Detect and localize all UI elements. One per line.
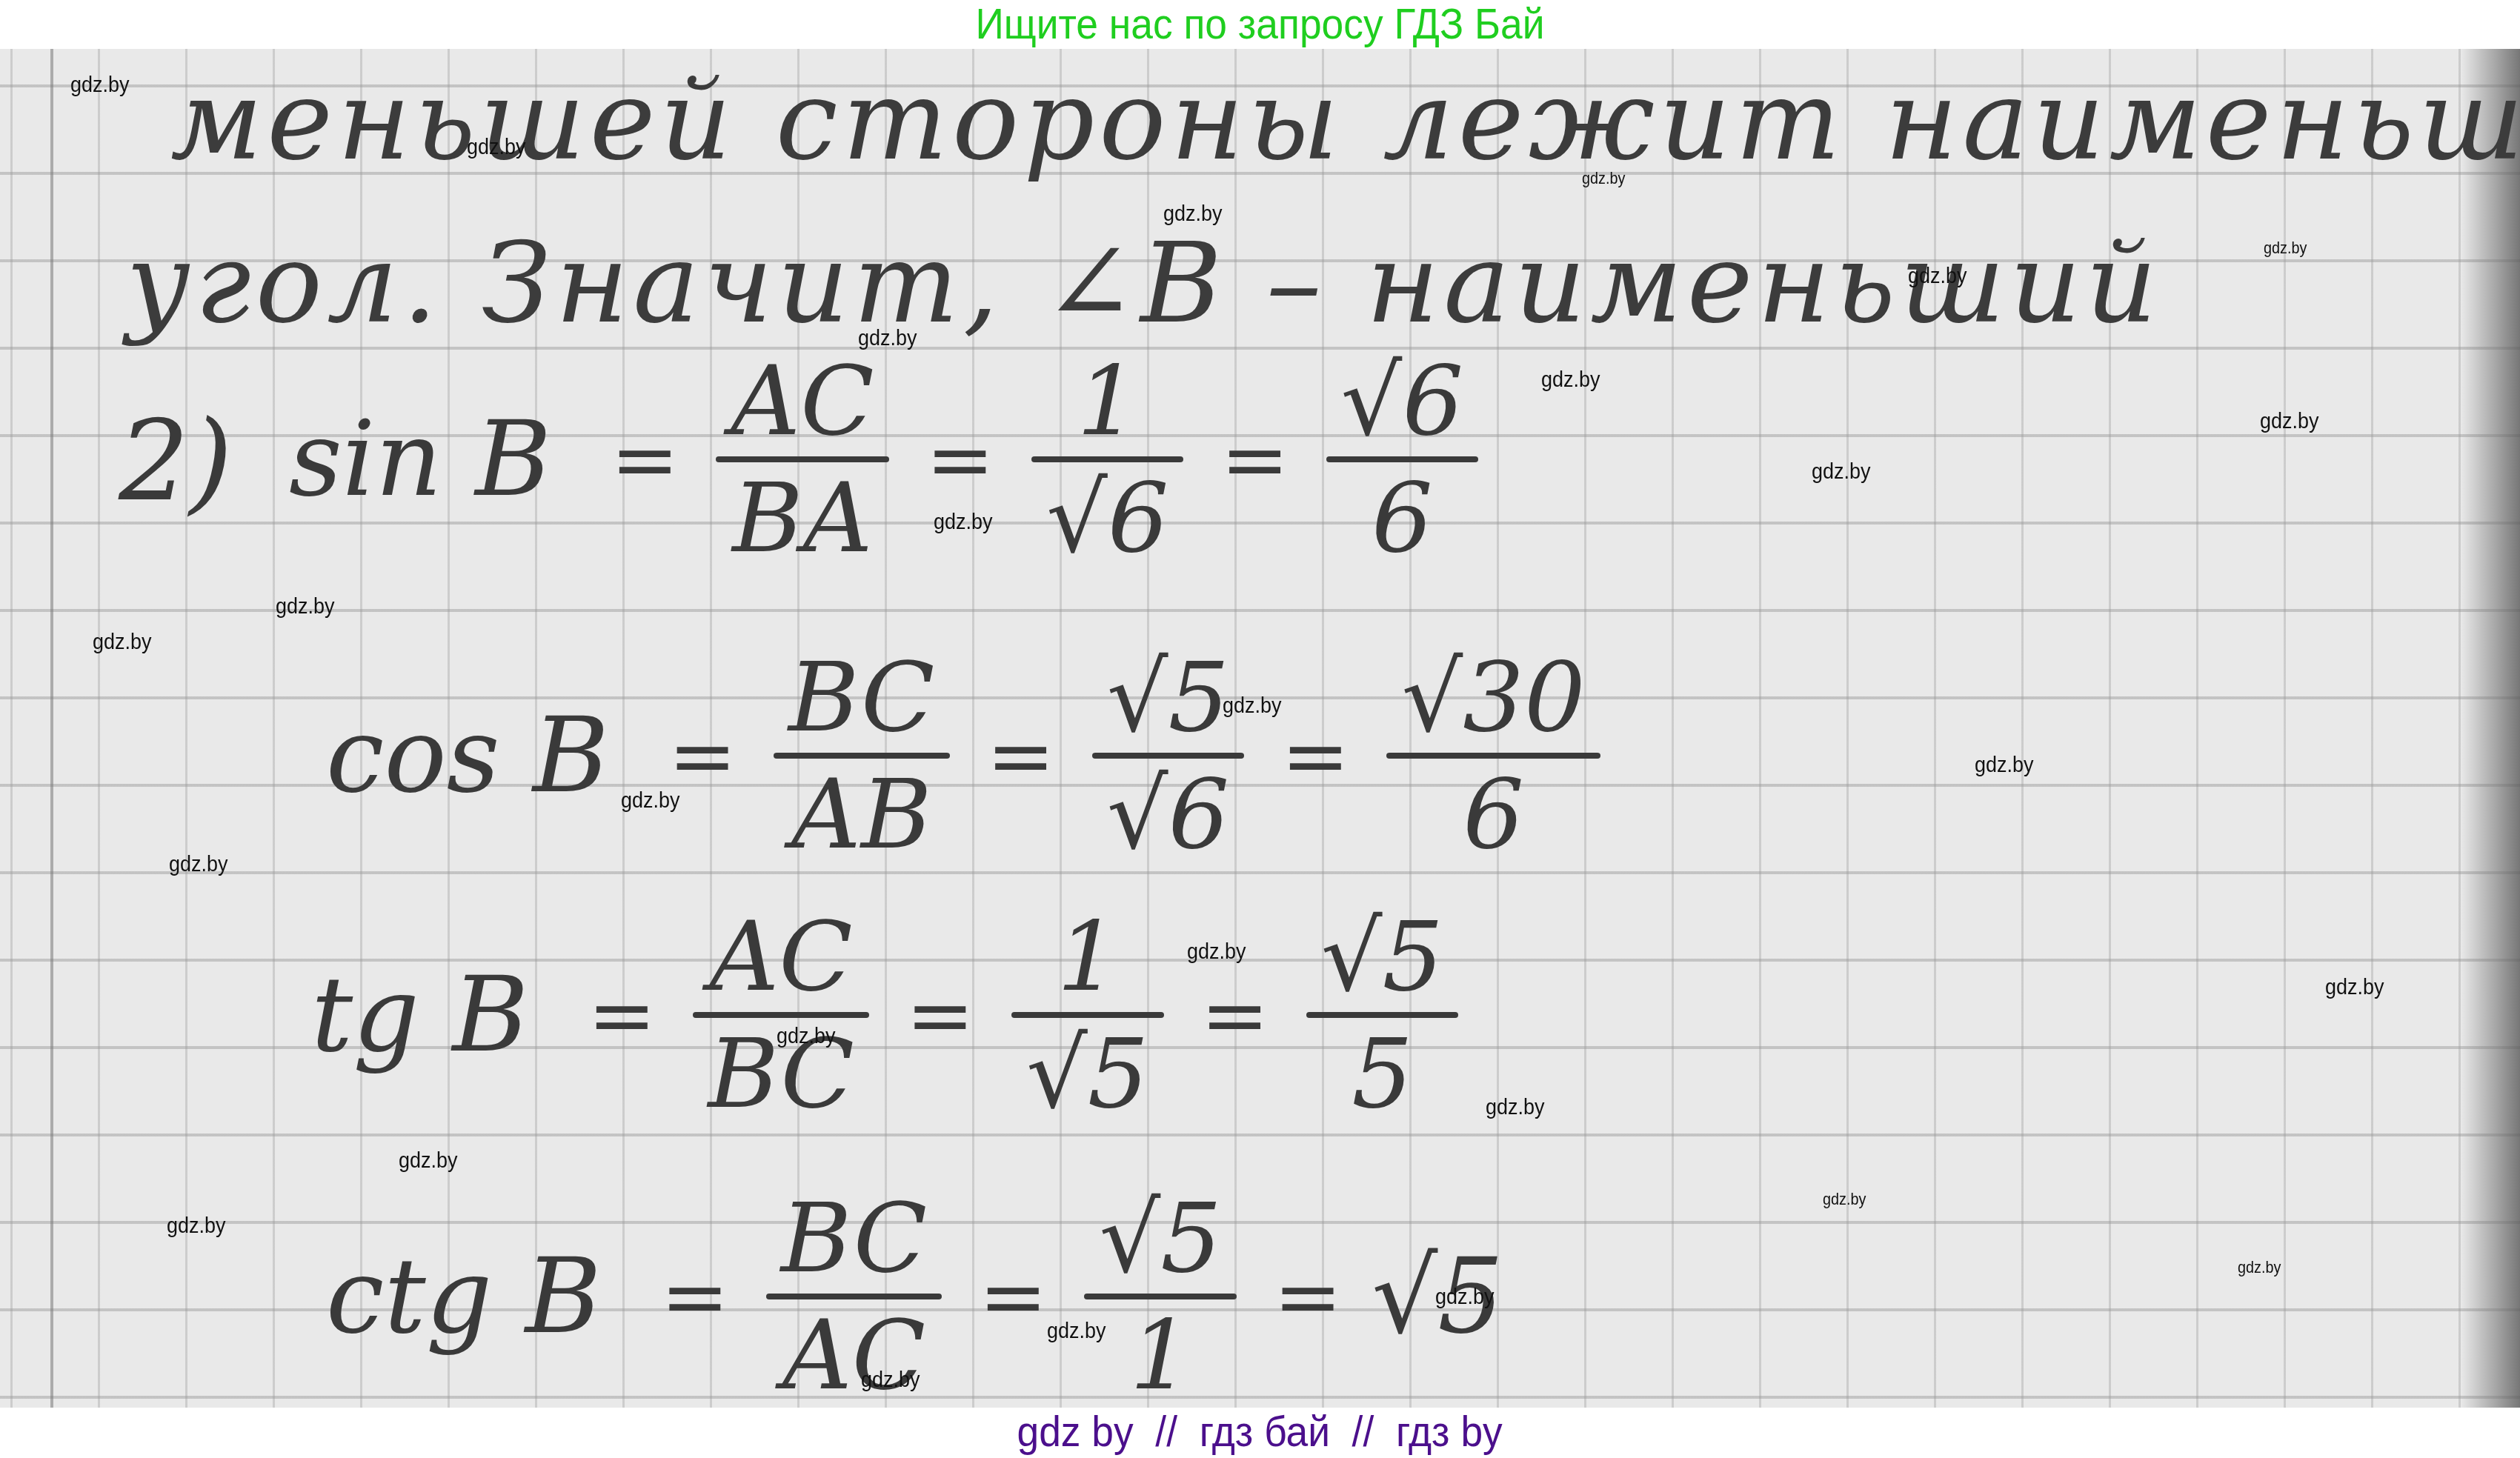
denominator: √6	[1031, 462, 1184, 573]
equals-sign: =	[661, 1249, 729, 1344]
numerator: √6	[1326, 345, 1479, 456]
watermark: gdz.by	[1163, 202, 1223, 227]
equation-label: cos B	[326, 696, 609, 816]
equation-tg: tg B = AC BC = 1 √5 = √5 5	[311, 901, 1466, 1129]
denominator: 1	[1115, 1299, 1206, 1408]
watermark: gdz.by	[399, 1148, 458, 1174]
fraction: √5 5	[1306, 901, 1459, 1129]
numerator: √5	[1306, 901, 1459, 1012]
equation-ctg: ctg B = BC AC = √5 1 = √5	[326, 1182, 1533, 1408]
bottom-banner-text: gdz by // гдз бай // гдз by	[1017, 1408, 1503, 1457]
denominator: √5	[1011, 1018, 1164, 1129]
watermark: gdz.by	[1908, 264, 1967, 289]
denominator: 5	[1337, 1018, 1428, 1129]
watermark: gdz.by	[1582, 169, 1625, 188]
fraction: √5 √6	[1092, 642, 1245, 870]
bottom-banner: gdz by // гдз бай // гдз by	[0, 1408, 2520, 1458]
equation-label: ctg B	[326, 1236, 602, 1357]
fraction: √6 6	[1326, 345, 1479, 573]
denominator: BA	[717, 462, 887, 573]
watermark: gdz.by	[621, 788, 680, 813]
watermark: gdz.by	[1823, 1190, 1866, 1209]
fraction: √30 6	[1386, 642, 1600, 870]
watermark: gdz.by	[858, 326, 917, 351]
watermark: gdz.by	[1541, 367, 1600, 393]
equation-cos: cos B = BC AB = √5 √6 = √30 6	[326, 642, 1608, 870]
equals-sign: =	[1274, 1249, 1342, 1344]
watermark: gdz.by	[1812, 459, 1871, 485]
numerator: BC	[766, 1182, 942, 1294]
equation-label: tg B	[311, 955, 528, 1076]
fraction: BC AB	[774, 642, 949, 870]
fraction: 1 √6	[1031, 345, 1184, 573]
watermark: gdz.by	[467, 135, 526, 160]
fraction: AC BA	[716, 345, 888, 573]
top-banner: Ищите нас по запросу ГДЗ Бай	[0, 0, 2520, 49]
watermark: gdz.by	[167, 1214, 226, 1239]
watermark: gdz.by	[2238, 1258, 2281, 1277]
watermark: gdz.by	[1223, 693, 1282, 719]
equals-sign: =	[588, 968, 656, 1062]
numerator: BC	[774, 642, 949, 753]
handwritten-line-2: угол. Значит, ∠B – наименьший	[126, 219, 2161, 348]
numerator: √30	[1386, 642, 1600, 753]
notebook-page: меньшей стороны лежит наименьший угол. З…	[0, 49, 2520, 1408]
equals-sign: =	[1201, 968, 1269, 1062]
handwritten-line-1: меньшей стороны лежит наименьший	[170, 56, 2520, 185]
equals-sign: =	[987, 708, 1055, 803]
numerator: AC	[694, 901, 867, 1012]
page-edge-shadow	[2461, 49, 2520, 1408]
equals-sign: =	[611, 412, 679, 507]
watermark: gdz.by	[1435, 1285, 1495, 1310]
top-banner-text: Ищите нас по запросу ГДЗ Бай	[975, 0, 1544, 49]
denominator: 6	[1357, 462, 1448, 573]
watermark: gdz.by	[2264, 239, 2307, 258]
equals-sign: =	[1220, 412, 1289, 507]
numerator: 1	[1042, 901, 1133, 1012]
watermark: gdz.by	[1486, 1095, 1545, 1120]
equals-sign: =	[1281, 708, 1349, 803]
watermark: gdz.by	[276, 594, 335, 619]
numerator: 1	[1062, 345, 1153, 456]
denominator: √6	[1092, 759, 1245, 870]
watermark: gdz.by	[861, 1368, 920, 1393]
watermark: gdz.by	[2325, 975, 2384, 1000]
fraction: √5 1	[1084, 1182, 1237, 1408]
equation-label: sin B	[289, 399, 551, 520]
watermark: gdz.by	[70, 73, 130, 98]
watermark: gdz.by	[93, 630, 152, 655]
numerator: AC	[716, 345, 888, 456]
item-number: 2)	[119, 397, 233, 526]
denominator: AB	[777, 759, 946, 870]
fraction: 1 √5	[1011, 901, 1164, 1129]
numerator: √5	[1092, 642, 1245, 753]
watermark: gdz.by	[2260, 409, 2319, 434]
fraction: AC BC	[693, 901, 868, 1129]
numerator: √5	[1084, 1182, 1237, 1294]
watermark: gdz.by	[1975, 753, 2034, 778]
equals-sign: =	[979, 1249, 1047, 1344]
denominator: 6	[1448, 759, 1539, 870]
watermark: gdz.by	[777, 1024, 836, 1049]
watermark: gdz.by	[1187, 939, 1246, 965]
watermark: gdz.by	[169, 852, 228, 877]
equation-sin: sin B = AC BA = 1 √6 = √6 6	[289, 345, 1486, 573]
equals-sign: =	[906, 968, 974, 1062]
watermark: gdz.by	[1047, 1319, 1106, 1344]
margin-line	[50, 49, 53, 1408]
equals-sign: =	[926, 412, 994, 507]
watermark: gdz.by	[934, 510, 993, 535]
